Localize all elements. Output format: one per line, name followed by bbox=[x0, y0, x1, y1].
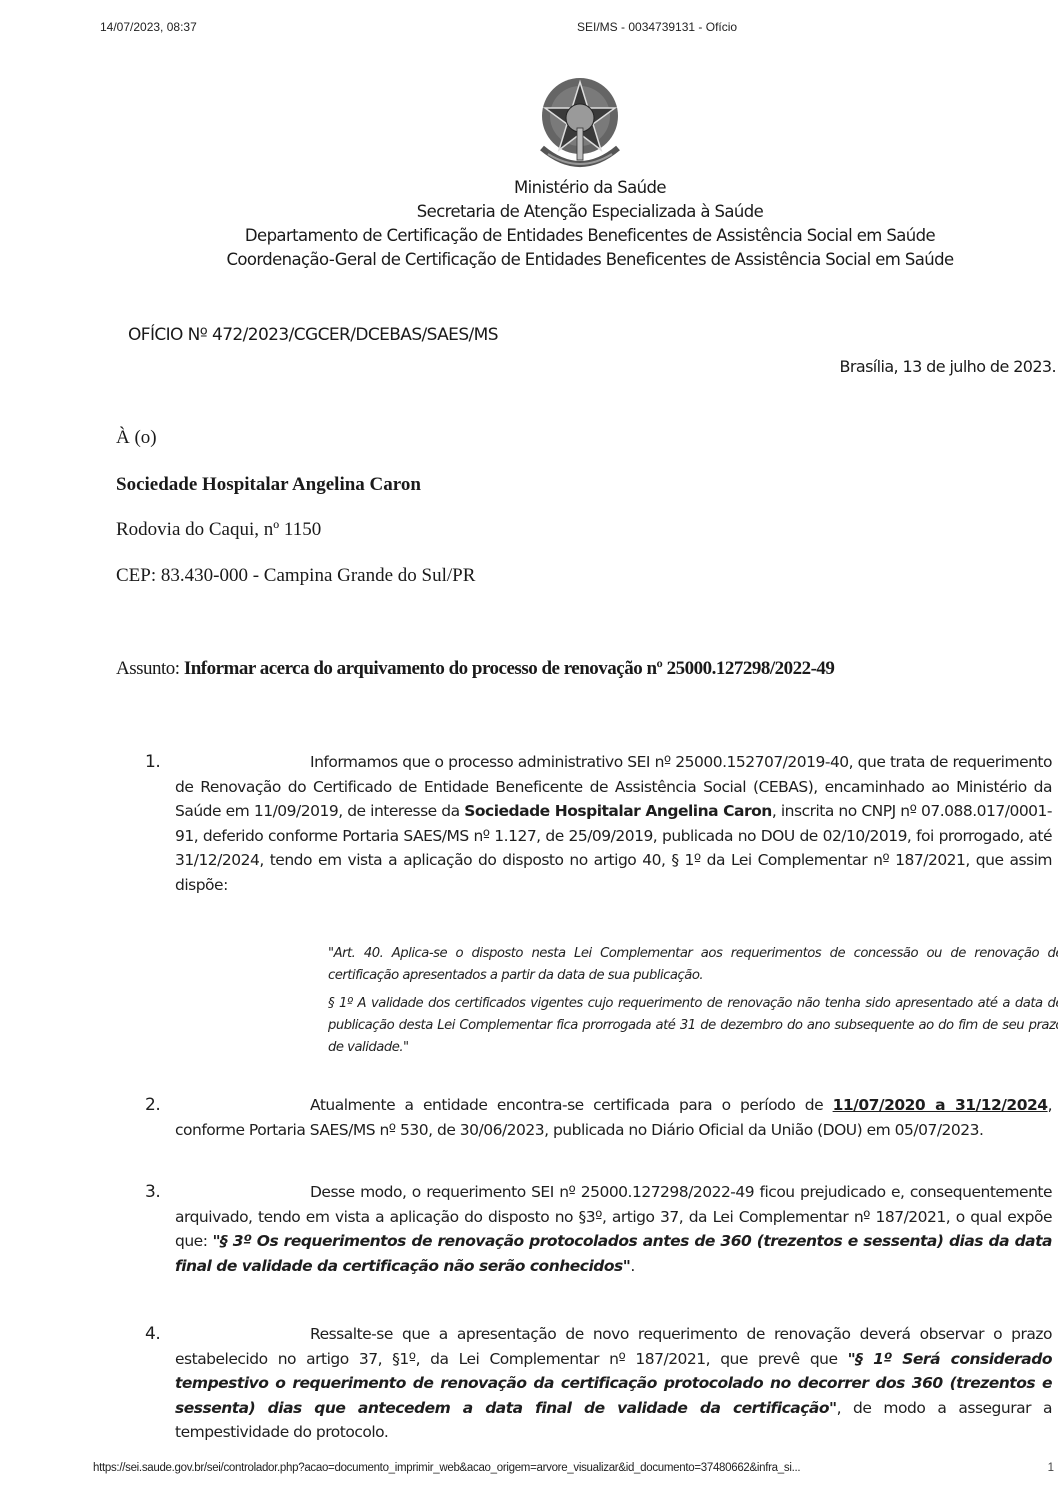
org-ministry: Ministério da Saúde bbox=[0, 176, 1058, 200]
organization-header: Ministério da Saúde Secretaria de Atençã… bbox=[0, 176, 1058, 272]
paragraph-1: 1. Informamos que o processo administrat… bbox=[175, 750, 1052, 897]
org-secretariat: Secretaria de Atenção Especializada à Sa… bbox=[0, 200, 1058, 224]
page-number: 1 bbox=[1048, 1462, 1054, 1474]
paragraph-number: 3. bbox=[145, 1180, 160, 1205]
paragraph-2: 2. Atualmente a entidade encontra-se cer… bbox=[175, 1093, 1052, 1142]
legal-quote-par3: "§ 3º Os requerimentos de renovação prot… bbox=[175, 1232, 1052, 1275]
subject-line: Assunto: Informar acerca do arquivamento… bbox=[116, 658, 834, 680]
brazil-coat-of-arms-icon bbox=[530, 68, 630, 178]
entity-name-bold: Sociedade Hospitalar Angelina Caron bbox=[464, 802, 772, 820]
paragraph-number: 4. bbox=[145, 1322, 160, 1347]
subject-label: Assunto: bbox=[116, 658, 180, 679]
subject-text: Informar acerca do arquivamento do proce… bbox=[184, 658, 835, 679]
paragraph-number: 2. bbox=[145, 1093, 160, 1118]
recipient-salutation: À (o) bbox=[116, 427, 157, 449]
org-coordination: Coordenação-Geral de Certificação de Ent… bbox=[0, 248, 1058, 272]
quote-art40-par1: § 1º A validade dos certificados vigente… bbox=[328, 993, 1058, 1059]
recipient-address: Rodovia do Caqui, nº 1150 bbox=[116, 519, 321, 541]
certification-period: 11/07/2020 a 31/12/2024 bbox=[833, 1096, 1048, 1114]
quote-art40-caput: "Art. 40. Aplica-se o disposto nesta Lei… bbox=[328, 943, 1058, 987]
paragraph-4: 4. Ressalte-se que a apresentação de nov… bbox=[175, 1322, 1052, 1445]
recipient-name: Sociedade Hospitalar Angelina Caron bbox=[116, 474, 421, 496]
recipient-cep-city: CEP: 83.430-000 - Campina Grande do Sul/… bbox=[116, 565, 475, 587]
footer-url: https://sei.saude.gov.br/sei/controlador… bbox=[93, 1462, 800, 1474]
oficio-number: OFÍCIO Nº 472/2023/CGCER/DCEBAS/SAES/MS bbox=[128, 325, 498, 345]
paragraph-3: 3. Desse modo, o requerimento SEI nº 250… bbox=[175, 1180, 1052, 1278]
print-datetime: 14/07/2023, 08:37 bbox=[100, 20, 197, 34]
legal-quote-art40: "Art. 40. Aplica-se o disposto nesta Lei… bbox=[328, 943, 1058, 1065]
org-department: Departamento de Certificação de Entidade… bbox=[0, 224, 1058, 248]
paragraph-number: 1. bbox=[145, 750, 160, 775]
document-reference: SEI/MS - 0034739131 - Ofício bbox=[577, 20, 737, 34]
place-date: Brasília, 13 de julho de 2023. bbox=[840, 357, 1056, 376]
